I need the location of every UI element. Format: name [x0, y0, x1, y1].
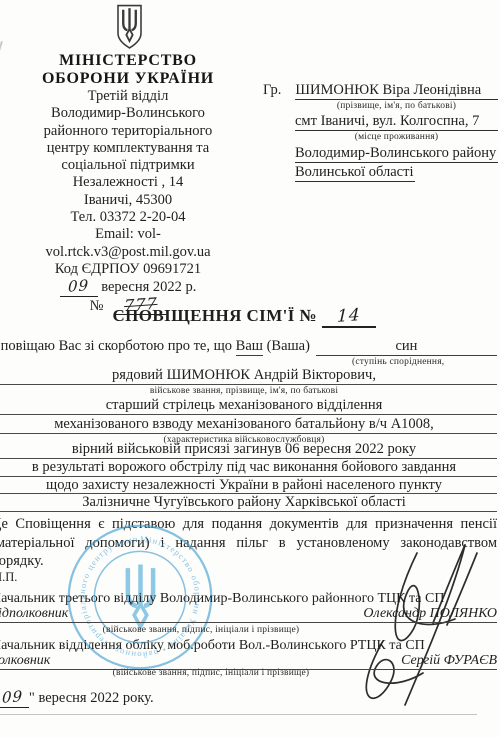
unit-line1: старший стрілець механізованого відділен…	[0, 397, 497, 415]
ministry-title-line1: МІНІСТЕРСТВО	[2, 52, 254, 70]
footer-date-text: " вересня 2022 року.	[29, 690, 154, 706]
intro-vasha: (Ваша)	[267, 338, 310, 355]
official-rank-2: полковник	[0, 653, 50, 669]
sender-phone: Тел. 03372 2-20-04	[2, 209, 254, 226]
title-number-handwritten: 14	[336, 307, 360, 326]
official-sign-row-1: підполковник Олександр ПОЛЯНКО	[0, 606, 497, 623]
official-name-1: Олександр ПОЛЯНКО	[363, 606, 497, 622]
sender-line: Третій відділ	[2, 88, 254, 105]
unit-line2: механізованого взводу механізованого бат…	[0, 416, 497, 434]
mp-mark: М.П.	[0, 570, 17, 585]
address-caption: (місце проживання)	[255, 131, 498, 144]
sender-address: Незалежності , 14	[2, 174, 254, 191]
sender-line: районного територіального	[2, 123, 254, 140]
death-line3: щодо захисту незалежності України в райо…	[0, 477, 497, 494]
footer-day-handwritten: 09	[2, 689, 24, 706]
death-line1: вірний військовій присязі загинув 06 вер…	[0, 441, 497, 459]
deceased-name-line: рядовий ШИМОНЮК Андрій Вікторович,	[0, 367, 497, 385]
official-row-2: Начальник відділення обліку моб.роботи В…	[0, 638, 497, 654]
date-rest: вересня 2022 р.	[101, 279, 196, 295]
footer-date: "09" вересня 2022 року.	[0, 690, 154, 708]
addressee-name: ШИМОНЮК Віра Леонідівна	[295, 82, 498, 100]
addressee-region: Волинської області	[295, 163, 415, 182]
sender-line: Володимир-Волинського	[2, 105, 254, 122]
sender-line: соціальної підтримки	[2, 157, 254, 174]
sender-city: Іваничі, 45300	[2, 192, 254, 209]
document-date: 09 вересня 2022 р.	[2, 278, 254, 297]
title-text: СПОВІЩЕННЯ СІМ'Ї №	[112, 306, 316, 325]
death-line2: в результаті ворожого обстрілу під час в…	[0, 459, 497, 477]
relation-caption: (ступінь споріднення,	[352, 357, 444, 367]
sender-email-line2: vol.rtck.v3@post.mil.gov.ua	[2, 244, 254, 261]
note-line: порядку.	[0, 553, 44, 569]
addressee-address: смт Іваничі, вул. Колгоспна, 7	[295, 113, 498, 131]
sender-block: МІНІСТЕРСТВО ОБОРОНИ УКРАЇНИ Третій відд…	[2, 4, 254, 316]
scanned-document: МІНІСТЕРСТВО ОБОРОНИ УКРАЇНИ Третій відд…	[0, 0, 500, 737]
deceased-name-caption: військове звання, прізвище, ім'я, по бат…	[0, 386, 497, 396]
addressee-district: Володимир-Волинського району	[295, 144, 498, 163]
official-rank-1: підполковник	[0, 606, 68, 622]
ministry-title-line2: ОБОРОНИ УКРАЇНИ	[2, 70, 254, 88]
official-row-1: Начальник третього відділу Володимир-Вол…	[0, 591, 497, 607]
addressee-block: Гр. ШИМОНЮК Віра Леонідівна (прізвище, і…	[255, 82, 498, 182]
official-caption-2: (військове звання, підпис, ініціали і пр…	[0, 668, 431, 678]
date-day-handwritten: 09	[68, 278, 90, 295]
intro-line: Сповіщаю Вас зі скорботою про те, що Ваш…	[0, 338, 497, 356]
official-caption-1: (військове звання, підпис, ініціали і пр…	[0, 625, 411, 635]
gr-label: Гр.	[263, 82, 281, 99]
document-title: СПОВІЩЕННЯ СІМ'Ї № 14	[0, 306, 497, 328]
sender-email-line1: Email: vol-	[2, 226, 254, 243]
name-caption: (прізвище, ім'я, по батькові)	[255, 100, 498, 113]
relation-value: син	[316, 338, 497, 356]
official-name-2: Сергій ФУРАЄВ	[401, 653, 497, 669]
intro-vash: Ваш	[236, 338, 263, 356]
intro-text: Сповіщаю Вас зі скорботою про те, що	[0, 338, 232, 355]
sender-line: центру комплектування та	[2, 140, 254, 157]
bottom-rule	[0, 714, 477, 715]
death-line4: Залізничне Чугуївського району Харківськ…	[0, 494, 497, 512]
sender-edrpou: Код ЄДРПОУ 09691721	[2, 261, 254, 278]
